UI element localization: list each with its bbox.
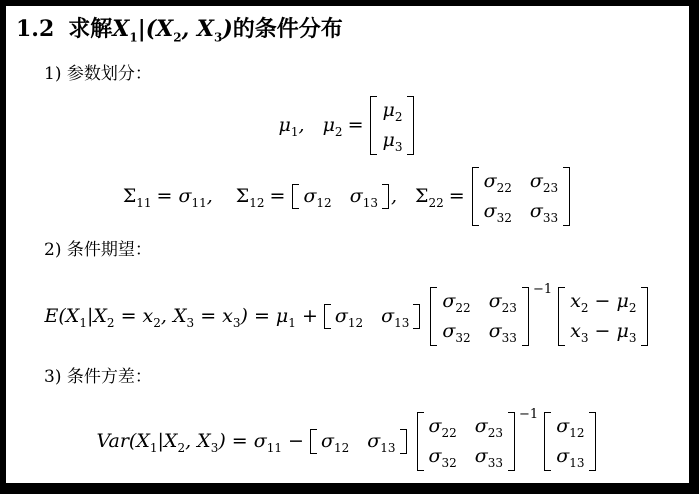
- right-bracket: [563, 167, 570, 226]
- left-bracket: [292, 184, 299, 209]
- right-bracket: [641, 287, 648, 346]
- inverse-exponent: −1: [533, 283, 552, 296]
- list-item-1-label: 1) 参数划分：: [44, 59, 152, 84]
- sigma11-value: = σ11,: [157, 185, 213, 207]
- heading-prefix: 求解: [68, 16, 112, 41]
- matrix-cell: σ33: [489, 320, 517, 343]
- heading-suffix: 的条件分布: [233, 16, 343, 41]
- vector-cell: μ3: [382, 129, 402, 152]
- left-bracket: [472, 167, 479, 226]
- sigma-column-vector: σ12 σ13: [544, 412, 596, 471]
- list-item-2-label: 2) 条件期望：: [44, 235, 152, 260]
- matrix-cell: σ23: [530, 170, 558, 193]
- vector-cells: σ12 σ13: [551, 412, 589, 471]
- section-heading: 1.2求解X1|(X2, X3)的条件分布: [16, 12, 343, 43]
- matrix-cell: σ33: [530, 200, 558, 223]
- vector-cells: σ12 σ13: [317, 429, 400, 454]
- matrix-cell: σ22: [442, 290, 470, 313]
- right-bracket: [407, 96, 414, 155]
- inverse-matrix-group: σ22 σ23 σ32 σ33 −1: [428, 287, 556, 346]
- left-bracket: [544, 412, 551, 471]
- equals-sign: =: [348, 114, 364, 136]
- vector-cells: σ12 σ13: [331, 304, 414, 329]
- right-bracket: [382, 184, 389, 209]
- vector-cells: σ12 σ13: [299, 184, 382, 209]
- vector-cell: σ12: [303, 185, 331, 208]
- formula-conditional-expectation: E(X1|X2 = x2, X3 = x3) = μ1 + σ12 σ13 σ2…: [6, 274, 689, 358]
- matrix-cell: σ33: [475, 445, 503, 468]
- sigma11-term: Σ11: [123, 185, 152, 207]
- right-bracket: [589, 412, 596, 471]
- vector-cell: σ13: [381, 305, 409, 328]
- list-item-3-label: 3) 条件方差：: [44, 362, 152, 387]
- x-minus-mu-column-vector: x2 − μ2 x3 − μ3: [558, 287, 648, 346]
- matrix-cells: σ22 σ23 σ32 σ33: [437, 287, 522, 346]
- matrix-cell: σ23: [475, 415, 503, 438]
- formula-conditional-variance: Var(X1|X2, X3) = σ11 − σ12 σ13 σ22 σ23 σ…: [6, 400, 689, 482]
- left-bracket: [310, 429, 317, 454]
- sigma12-row-vector: σ12 σ13: [292, 184, 389, 209]
- document-page: 1.2求解X1|(X2, X3)的条件分布 1) 参数划分： μ1, μ2 = …: [6, 6, 689, 483]
- sigma22-matrix: σ22 σ23 σ32 σ33: [430, 287, 529, 346]
- section-number: 1.2: [16, 16, 54, 42]
- matrix-cell: σ32: [429, 445, 457, 468]
- heading-math: X1|(X2, X3): [112, 16, 232, 42]
- sigma12-row-vector: σ12 σ13: [310, 429, 407, 454]
- matrix-cells: σ22 σ23 σ32 σ33: [479, 167, 564, 226]
- left-bracket: [430, 287, 437, 346]
- screenshot-root: { "page": { "background": "#ffffff", "fr…: [0, 0, 699, 494]
- inverse-matrix-group: σ22 σ23 σ32 σ33 −1: [415, 412, 543, 471]
- equals-sign: =: [449, 185, 465, 207]
- sigma12-row-vector: σ12 σ13: [324, 304, 421, 329]
- equals-sign: =: [270, 185, 286, 207]
- sigma22-matrix: σ22 σ23 σ32 σ33: [472, 167, 571, 226]
- right-bracket: [413, 304, 420, 329]
- vector-cell: x3 − μ3: [570, 320, 636, 343]
- sigma22-matrix: σ22 σ23 σ32 σ33: [417, 412, 516, 471]
- inverse-exponent: −1: [519, 408, 538, 421]
- vector-cell: σ13: [556, 445, 584, 468]
- mu2-term: μ2: [323, 114, 343, 136]
- matrix-cell: σ32: [442, 320, 470, 343]
- vector-cells: x2 − μ2 x3 − μ3: [565, 287, 641, 346]
- left-bracket: [370, 96, 377, 155]
- left-bracket: [417, 412, 424, 471]
- vector-cell: μ2: [382, 99, 402, 122]
- formula-sigma-partition: Σ11 = σ11, Σ12 = σ12 σ13 , Σ22 = σ22 σ23…: [6, 162, 689, 230]
- matrix-cell: σ22: [484, 170, 512, 193]
- right-bracket: [522, 287, 529, 346]
- vector-cell: σ13: [350, 185, 378, 208]
- vector-cell: σ12: [335, 305, 363, 328]
- left-bracket: [558, 287, 565, 346]
- matrix-cell: σ23: [489, 290, 517, 313]
- variance-lhs: Var(X1|X2, X3) = σ11 −: [97, 430, 304, 452]
- right-bracket: [508, 412, 515, 471]
- right-bracket: [400, 429, 407, 454]
- mu1-term: μ1,: [279, 114, 305, 136]
- matrix-cell: σ32: [484, 200, 512, 223]
- sigma22-term: Σ22: [415, 185, 444, 207]
- sigma12-term: Σ12: [236, 185, 265, 207]
- mu-column-vector: μ2 μ3: [370, 96, 414, 155]
- expectation-lhs: E(X1|X2 = x2, X3 = x3) = μ1 +: [45, 305, 318, 327]
- matrix-cell: σ22: [429, 415, 457, 438]
- vector-cell: σ13: [367, 430, 395, 453]
- vector-cells: μ2 μ3: [377, 96, 407, 155]
- matrix-cells: σ22 σ23 σ32 σ33: [424, 412, 509, 471]
- vector-cell: σ12: [321, 430, 349, 453]
- vector-cell: σ12: [556, 415, 584, 438]
- formula-mu-partition: μ1, μ2 = μ2 μ3: [6, 86, 689, 164]
- comma: ,: [391, 185, 397, 207]
- left-bracket: [324, 304, 331, 329]
- vector-cell: x2 − μ2: [570, 290, 636, 313]
